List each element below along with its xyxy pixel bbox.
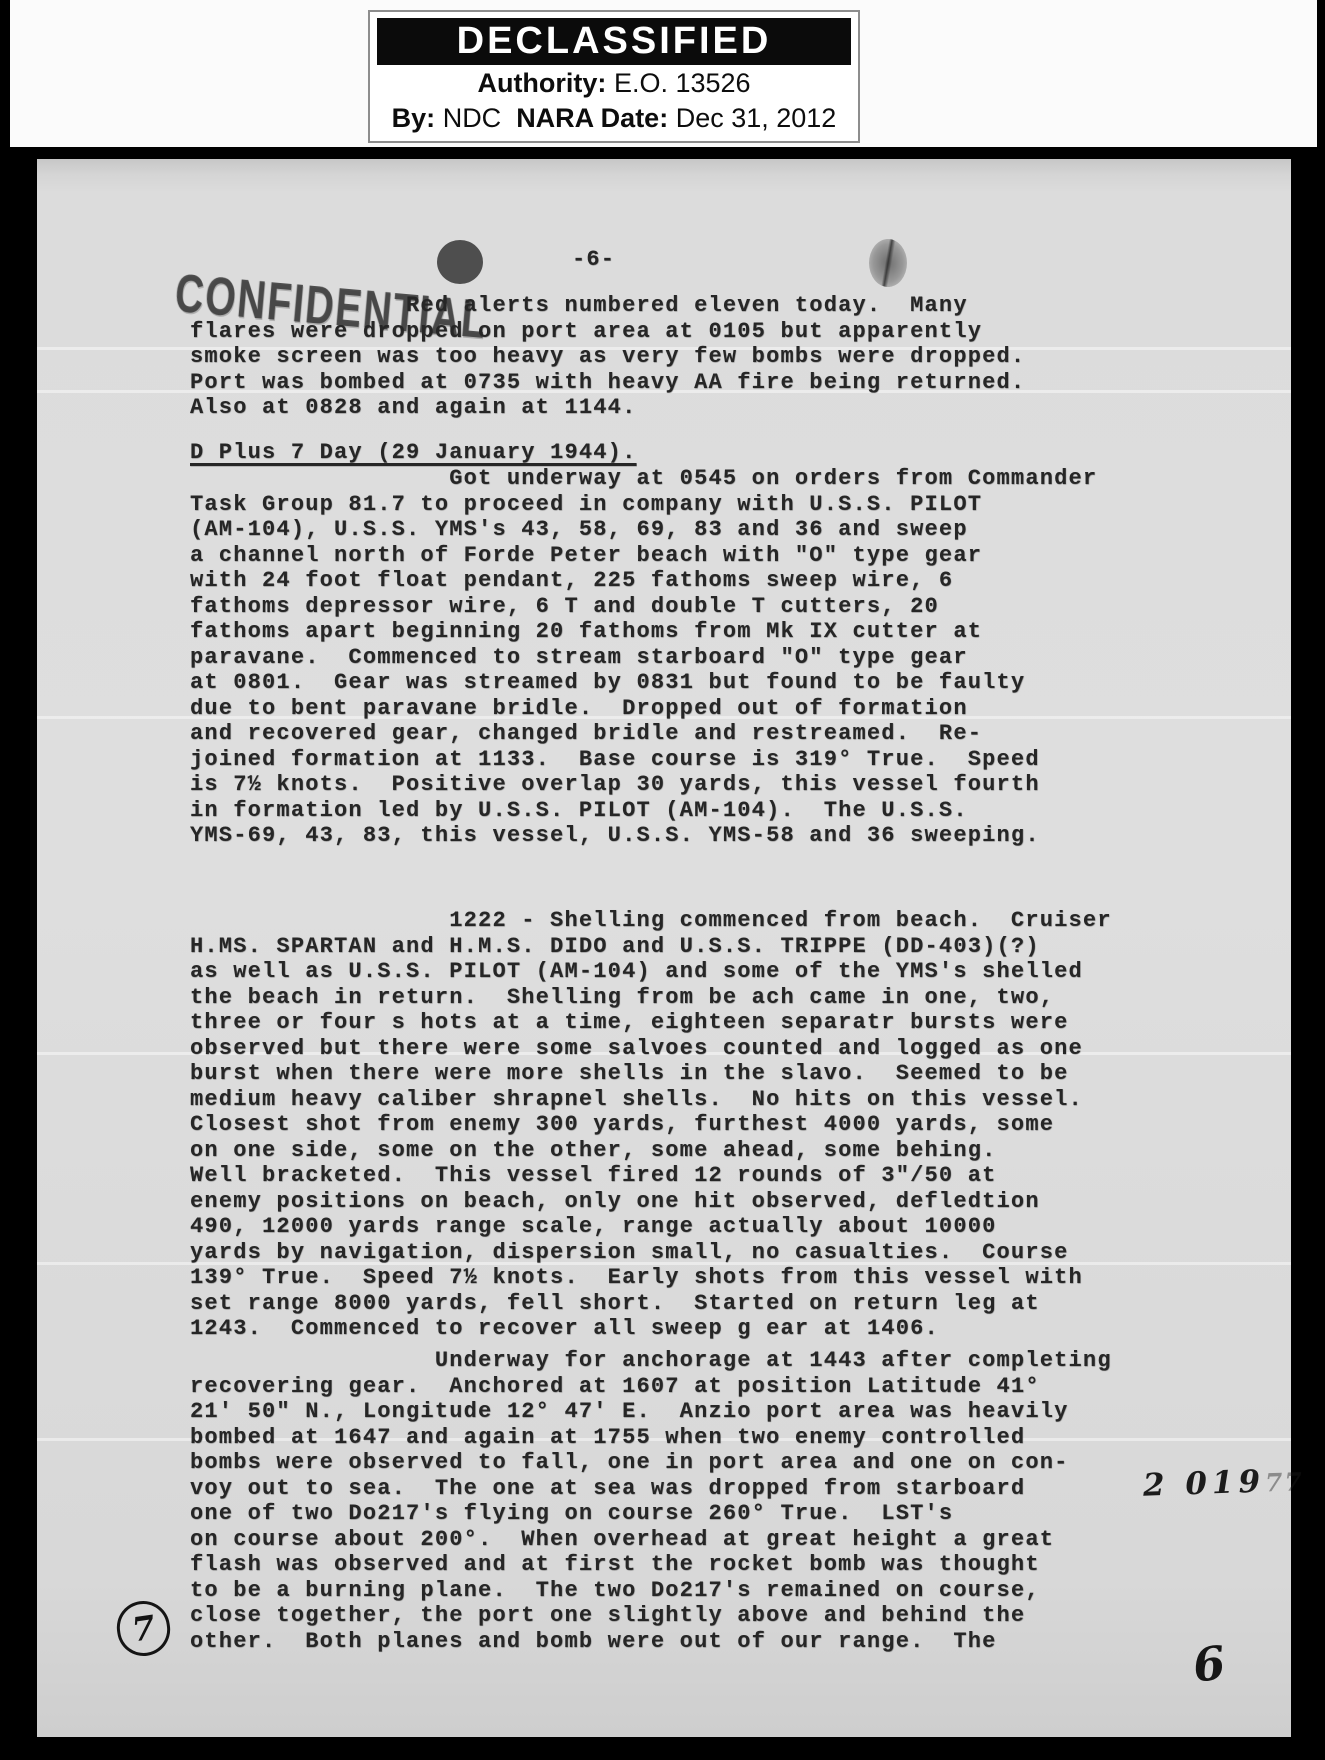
paragraph-anchorage: Underway for anchorage at 1443 after com… <box>190 1348 1112 1654</box>
handwritten-page-six: 6 <box>1190 1635 1228 1692</box>
nara-date-label: NARA Date: <box>516 103 668 133</box>
page-number: -6- <box>572 247 615 273</box>
paragraph-red-alerts: Red alerts numbered eleven today. Many f… <box>190 293 1025 421</box>
registry-number-value: 2 019 <box>1142 1464 1265 1504</box>
declassified-by-line: By: NDC NARA Date: Dec 31, 2012 <box>377 102 851 135</box>
declassified-authority-line: Authority: E.O. 13526 <box>377 67 851 100</box>
punch-hole-left <box>437 240 483 284</box>
nara-date-value: Dec 31, 2012 <box>668 103 836 133</box>
authority-value: E.O. 13526 <box>606 68 750 98</box>
authority-label: Authority: <box>477 68 606 98</box>
by-value: NDC <box>435 103 516 133</box>
paragraph-underway-sweep: Got underway at 0545 on orders from Comm… <box>190 466 1097 849</box>
punch-hole-right <box>869 239 907 287</box>
declassified-stamp-box: DECLASSIFIED Authority: E.O. 13526 By: N… <box>368 10 860 143</box>
registry-number-stamp: 2 01977 <box>1142 1462 1304 1504</box>
declassified-header-band: DECLASSIFIED Authority: E.O. 13526 By: N… <box>10 0 1317 147</box>
declassified-title: DECLASSIFIED <box>377 18 851 65</box>
section-heading-d-plus-7-day: D Plus 7 Day (29 January 1944). <box>190 440 636 466</box>
registry-number-faint-suffix: 77 <box>1265 1467 1305 1497</box>
scanned-document-page: -6- CONFIDENTIAL Red alerts numbered ele… <box>37 159 1291 1737</box>
paragraph-shelling: 1222 - Shelling commenced from beach. Cr… <box>190 908 1112 1342</box>
by-label: By: <box>392 103 436 133</box>
handwritten-circled-seven: 7 <box>113 1598 173 1660</box>
